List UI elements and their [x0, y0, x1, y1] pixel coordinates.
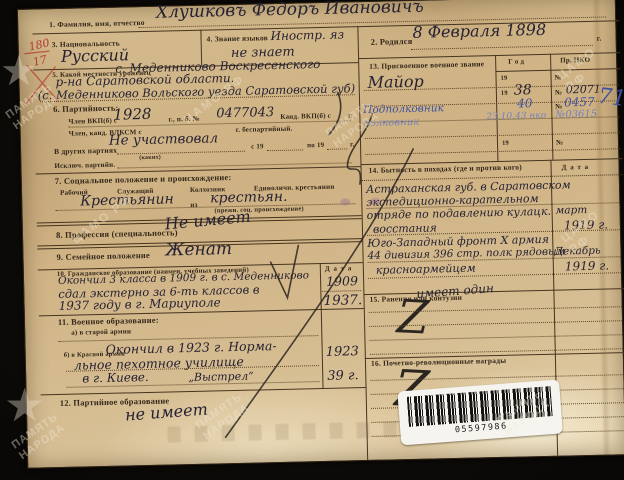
- field13-year-prefix: 19: [501, 76, 508, 83]
- scan-background: 1. Фамилия, имя, отчество Хлушковъ Федор…: [0, 0, 624, 480]
- field6-from-prefix: с 19: [251, 143, 264, 151]
- field8-label: 8. Профессия (специальность): [56, 228, 178, 240]
- field8-value: Не имеет: [164, 209, 251, 234]
- field10-date-header: Д а т а: [325, 265, 353, 273]
- rule: [365, 132, 620, 139]
- field6-party-card-number: 0477043: [216, 106, 274, 121]
- rule: [320, 263, 322, 309]
- field6-member-mid: г., п. б. №: [168, 116, 200, 124]
- field13-rank-major: Майор: [367, 74, 423, 92]
- field16-label: 16. Почетно-революционные награды: [371, 357, 506, 368]
- field14-row-text: красноармейцем: [376, 263, 476, 277]
- field7-iz-label: из: [190, 202, 197, 210]
- field13-label: 13. Присвоенное военное звание: [369, 60, 484, 70]
- field14-row-date: март: [555, 205, 587, 217]
- field6-member-year: 1928: [113, 107, 152, 124]
- field11-label: 11. Военное образование:: [58, 316, 159, 327]
- rule: [365, 148, 620, 155]
- rule: [411, 45, 593, 50]
- field2-label: 2. Родился: [371, 37, 413, 47]
- field4-label: 4. Знание языков: [207, 34, 269, 43]
- field6-excluded-label: Исключ. партийн.: [54, 162, 115, 171]
- military-registration-card: 1. Фамилия, имя, отчество Хлушковъ Федор…: [17, 0, 624, 469]
- field10-date2: 1937.: [323, 293, 362, 308]
- field1-label: 1. Фамилия, имя, отчество: [49, 19, 145, 29]
- stamp-smudge: [340, 198, 350, 205]
- field14-date-header: Д а т а: [562, 164, 590, 172]
- rule: [321, 309, 324, 388]
- rule: [117, 151, 245, 155]
- field4-value-top: Иностр. яз: [270, 28, 344, 42]
- rule: [41, 387, 366, 395]
- rule: [327, 148, 347, 149]
- field10-date1: 1909: [326, 274, 358, 288]
- field13-year-podpolkovnik: 40: [517, 97, 533, 110]
- field12-value: не имеет: [125, 401, 209, 424]
- field13-year-prefix: 19: [502, 141, 509, 148]
- field13-year-polkovnik: 23.10.43 нко: [486, 112, 546, 123]
- field13-no-prefix: №: [554, 75, 561, 83]
- field13-no-podpolkovnik: 0457: [564, 96, 595, 109]
- field10-line3: 1937 году в г. Мариуполе: [58, 296, 220, 312]
- field11-date1: 1923: [326, 345, 359, 359]
- field6-komsomol-suffix: г. беспартийный.: [236, 126, 293, 135]
- field13-no-prefix: №: [555, 90, 562, 98]
- field13-col-year: Г о д: [508, 58, 524, 66]
- field13-year-prefix: 19: [501, 91, 508, 98]
- barcode-sticker: 05597986: [397, 379, 563, 445]
- field7-status-value: Крестьянин: [80, 192, 174, 209]
- field11-old-army-label: а) в старой армии: [71, 328, 131, 337]
- field11-date2: 39 г.: [327, 369, 359, 383]
- rule: [267, 149, 303, 151]
- red-archive-mark-top: 180: [28, 37, 51, 53]
- field6-to-prefix: по 19: [307, 142, 324, 150]
- field6-candidate-suffix: г.: [348, 112, 353, 119]
- field6-other-parties-sub: (каких): [139, 155, 161, 162]
- field13-no-prefix: №: [556, 139, 563, 147]
- field2-value: 8 Февраля 1898: [412, 22, 546, 42]
- field1-value-name: Хлушковъ Федоръ Ивановичъ: [156, 0, 424, 23]
- field6-year-g: г.: [350, 141, 355, 148]
- field9-label: 9. Семейное положение: [56, 251, 150, 262]
- field11-line3b: „Выстрел“: [188, 371, 254, 384]
- field6-label: 6. Партийность:: [53, 104, 119, 114]
- field11-line3: в г. Киеве.: [82, 371, 149, 385]
- field13-rank-polkovnik: полковник: [363, 118, 419, 130]
- field15-dash-mark: Z: [396, 292, 430, 342]
- field13-no-prefix-polkovnik: №: [555, 110, 565, 121]
- field13-col-order: Пр. НКО: [560, 57, 590, 65]
- field6-other-parties-value: Не участвовал: [109, 131, 218, 148]
- field14-label: 14. Бытность в походах (где и против ког…: [369, 163, 522, 174]
- field13-no-polkovnik: 03615: [565, 110, 597, 121]
- red-archive-mark-bottom: 17: [32, 54, 48, 68]
- field7-origin-value: крестьян.: [210, 190, 288, 206]
- field6-other-parties-label: В других партиях: [54, 147, 117, 156]
- field11-line1: Окончил в 1923 г. Норма-: [105, 339, 276, 356]
- field7-label: 7. Социальное положение и происхождение:: [55, 173, 232, 186]
- field13-rank-podpolkovnik: Подполковник: [363, 103, 444, 116]
- field9-value: Женат: [165, 241, 232, 260]
